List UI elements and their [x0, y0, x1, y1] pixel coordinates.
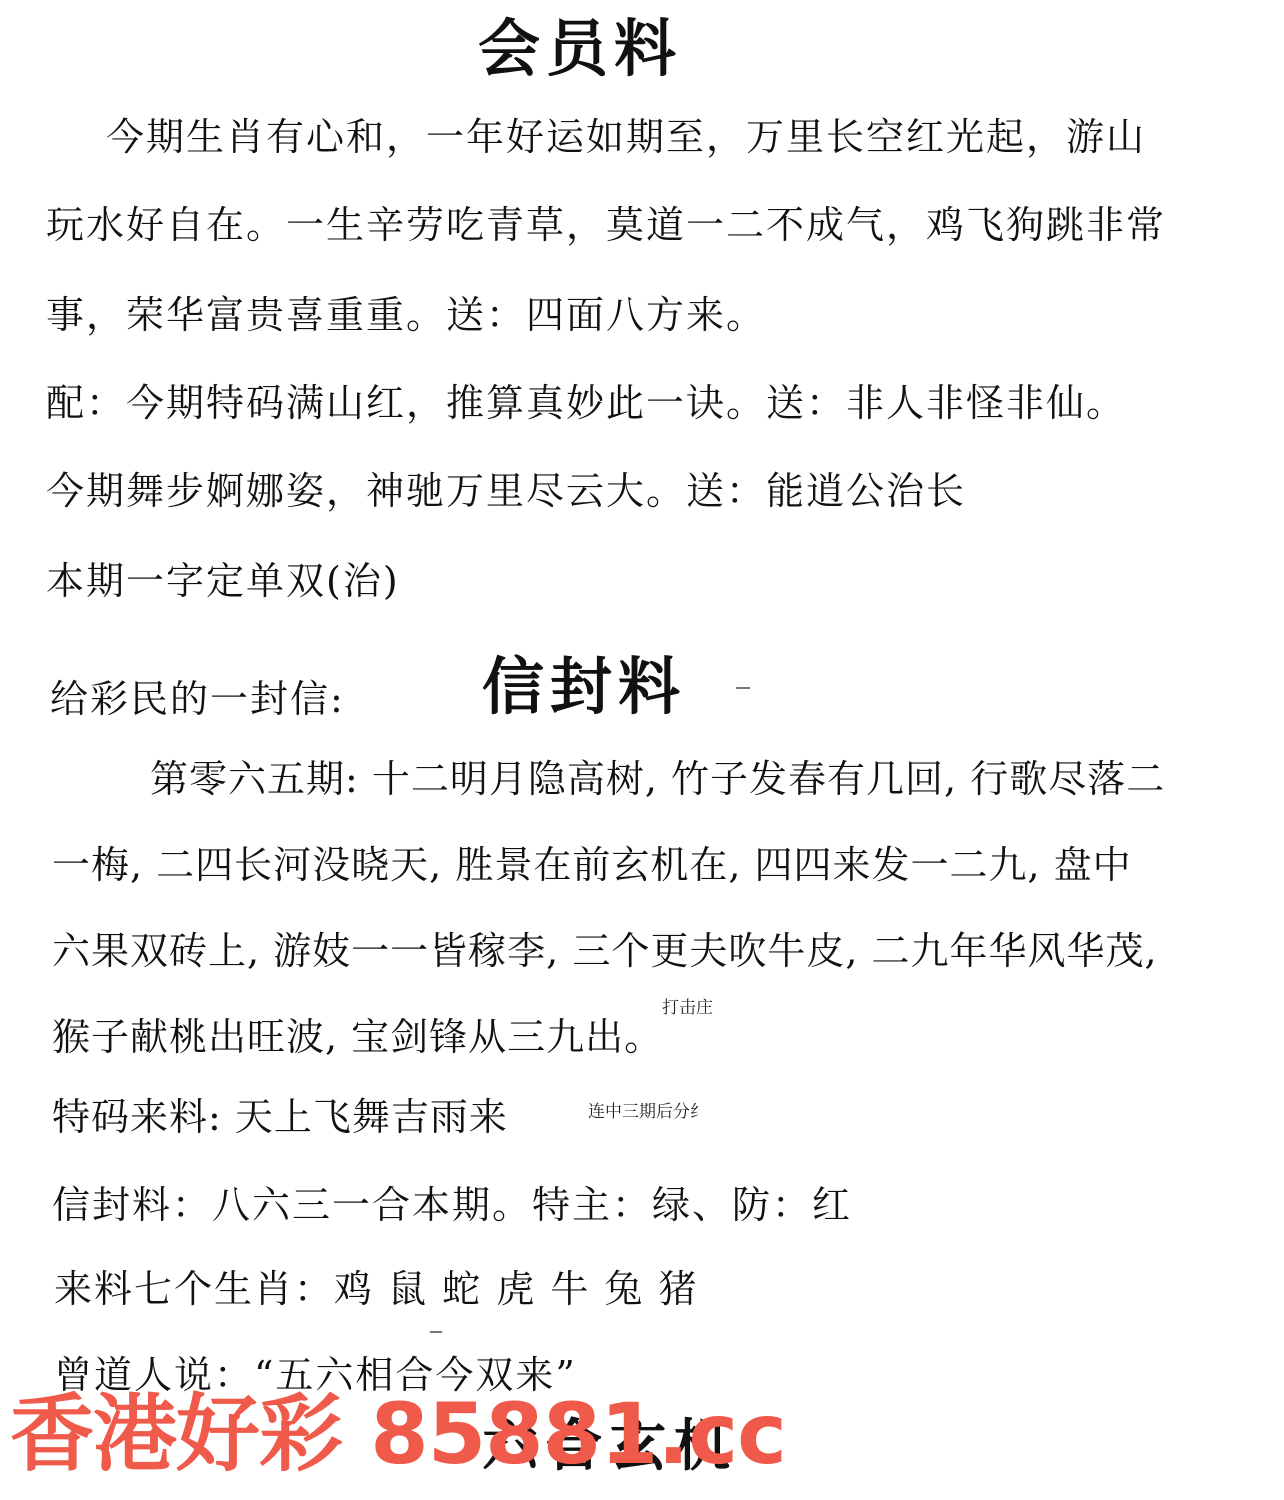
member-paragraph-line-1: 今期生肖有心和，一年好运如期至，万里长空红光起，游山 [106, 118, 1146, 156]
zodiac-line: 来料七个生肖：鸡 鼠 蛇 虎 牛 兔 猪 [54, 1270, 698, 1308]
poem-line-1: 第零六五期: 十二明月隐高树, 竹子发春有几回, 行歌尽落二 [150, 760, 1165, 798]
dance-line: 今期舞步婀娜姿，神驰万里尽云大。送：能逍公治长 [46, 472, 966, 510]
site-watermark: 香港好彩 85881.cc [10, 1392, 786, 1476]
scan-speck [736, 687, 750, 689]
pairing-line: 配：今期特码满山红，推算真妙此一诀。送：非人非怪非仙。 [46, 384, 1126, 422]
poem-line-4: 猴子献桃出旺波, 宝剑锋从三九出。 [52, 1018, 663, 1056]
member-section-title: 会员料 [478, 18, 682, 80]
poem-line-2: 一梅, 二四长河没晓天, 胜景在前玄机在, 四四来发一二九, 盘中 [52, 846, 1132, 884]
member-paragraph-line-3: 事，荣华富贵喜重重。送：四面八方来。 [46, 296, 766, 334]
letter-label: 给彩民的一封信: [50, 680, 345, 718]
special-code-line: 特码来料: 天上飞舞吉雨来 [52, 1098, 508, 1136]
member-paragraph-line-2: 玩水好自在。一生辛劳吃青草，莫道一二不成气，鸡飞狗跳非常 [46, 206, 1166, 244]
odd-even-line: 本期一字定单双(治) [46, 562, 400, 600]
note-consecutive: 连中三期后分纟 [588, 1104, 707, 1121]
envelope-section-title: 信封料 [482, 656, 686, 718]
poem-line-3: 六果双砖上, 游妓一一皆稼李, 三个更夫吹牛皮, 二九年华风华茂, [52, 932, 1158, 970]
note-strike: 打击庄 [662, 1000, 713, 1017]
scan-speck [430, 1331, 442, 1333]
envelope-line: 信封料：八六三一合本期。特主：绿、防：红 [52, 1186, 852, 1224]
